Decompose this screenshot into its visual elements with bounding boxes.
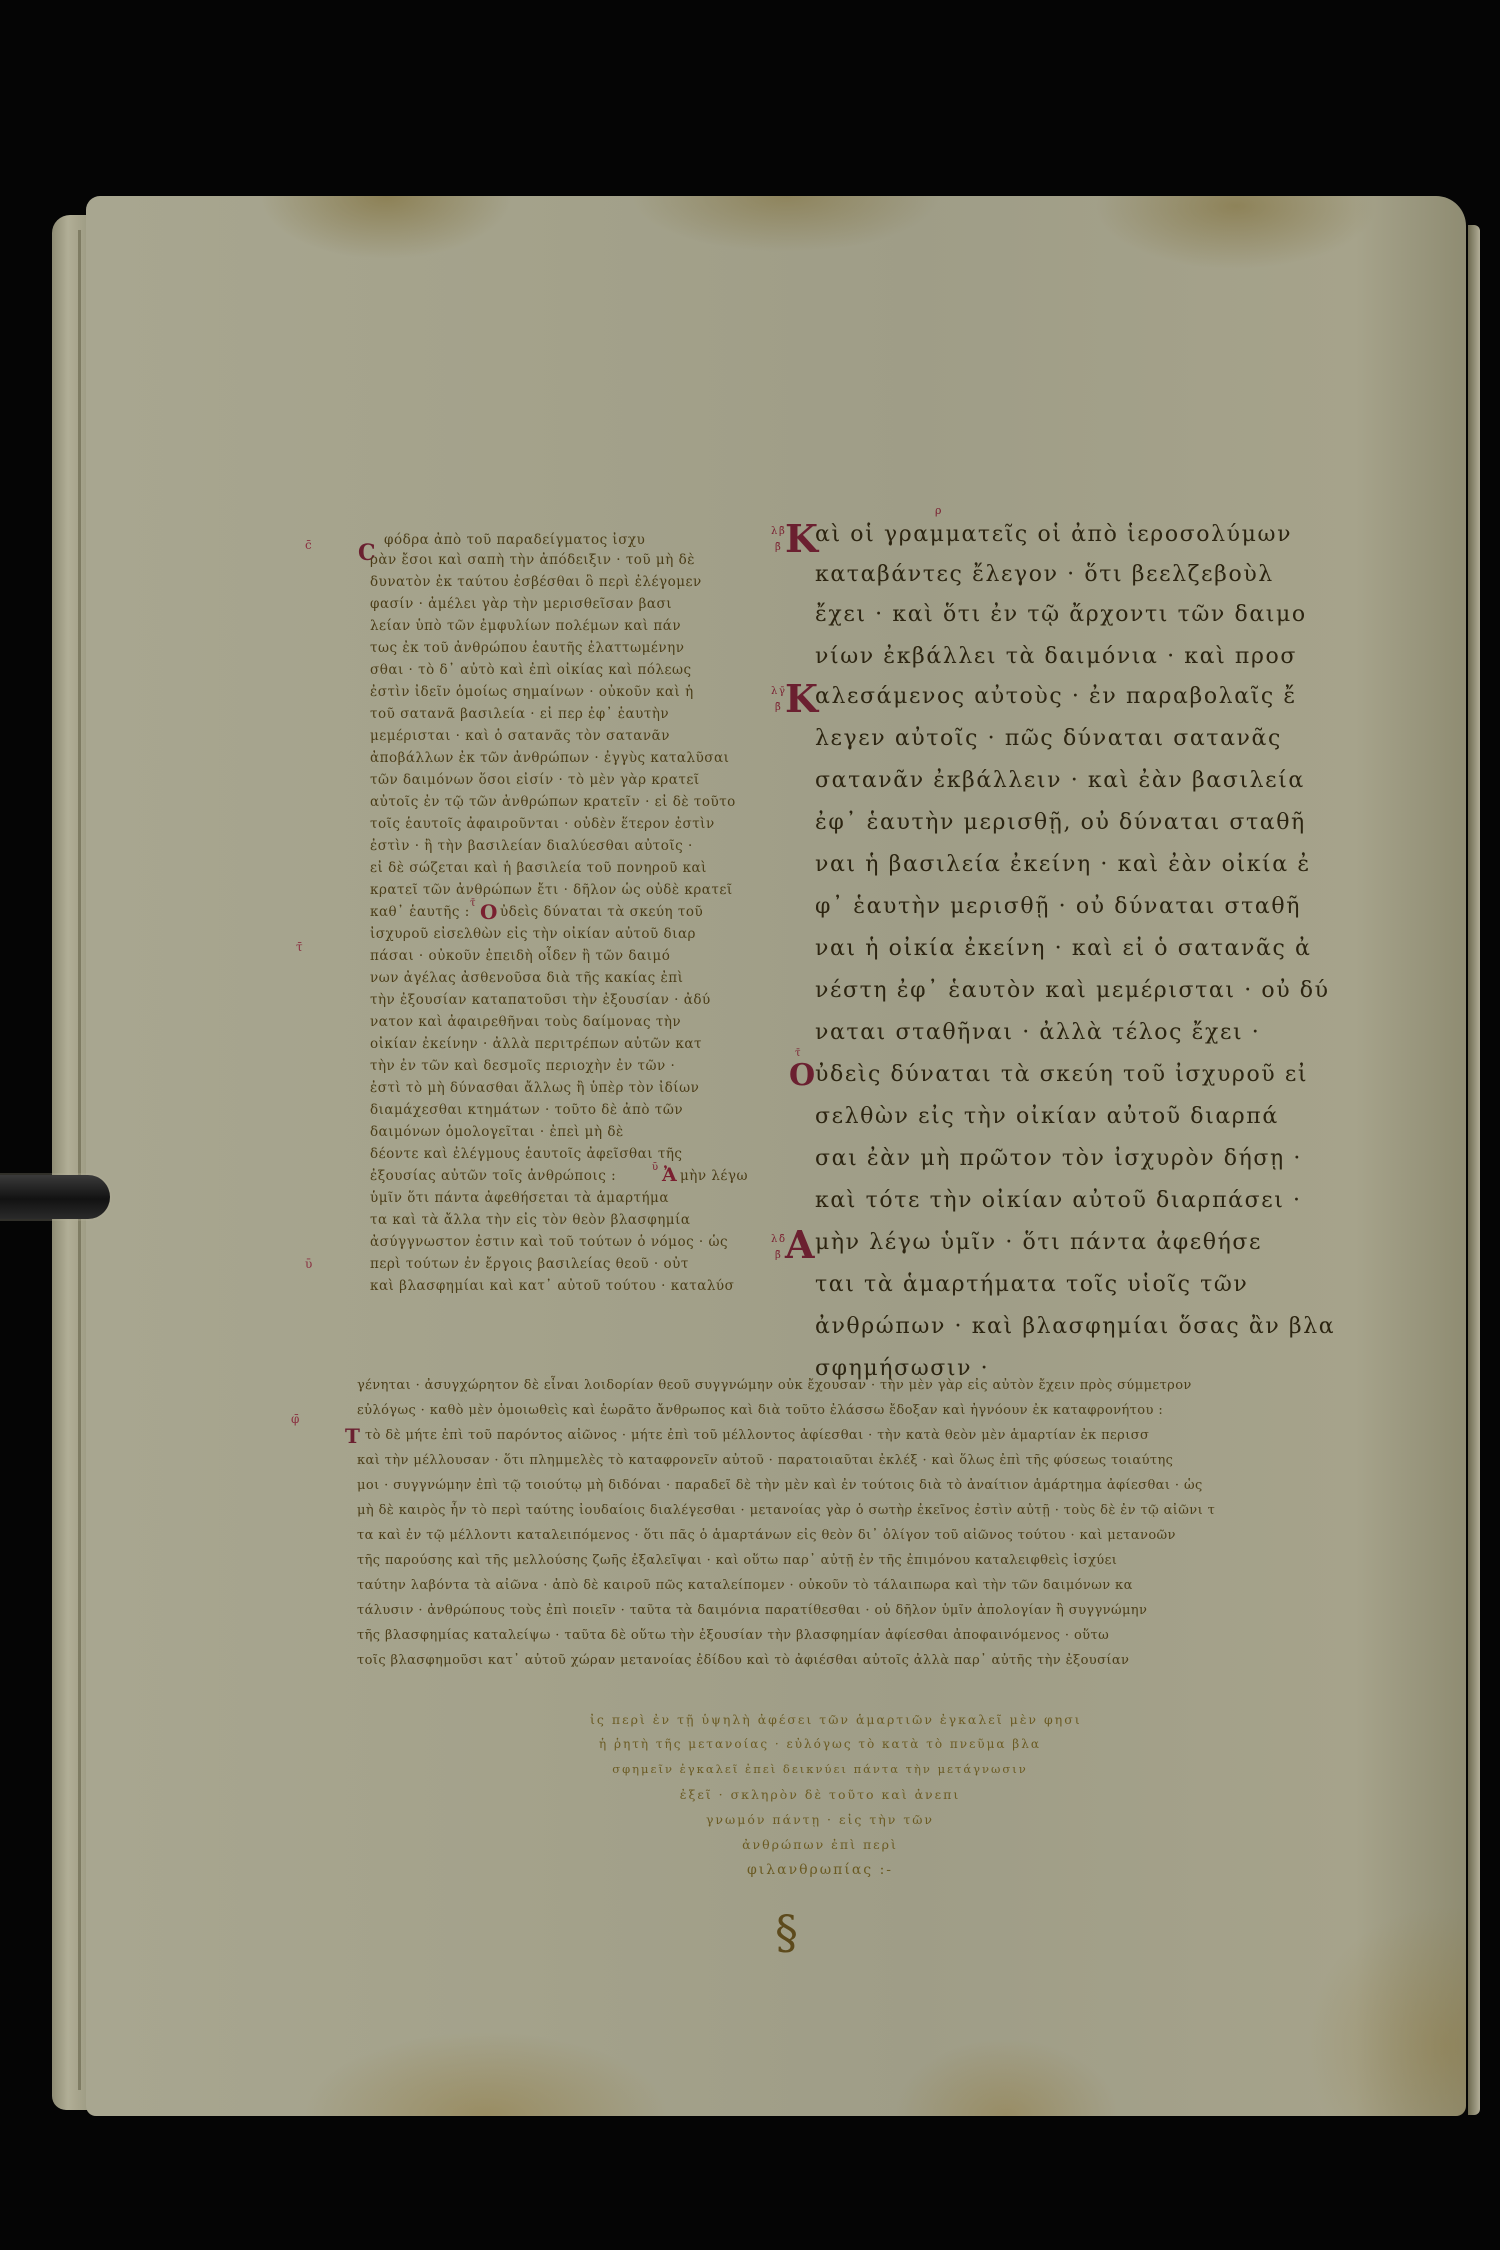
page-clip xyxy=(0,1175,110,1219)
text-line: καὶ τὴν μέλλουσαν · ὅτι πλημμελὲς τὸ κατ… xyxy=(357,1453,1173,1468)
text-line: ναται σταθῆναι · ἀλλὰ τέλος ἔχει · xyxy=(815,1020,1260,1045)
text-line: περὶ τούτων ἐν ἔργοις βασιλείας θεοῦ · ο… xyxy=(370,1256,689,1272)
text-line: νατον καὶ ἀφαιρεθῆναι τοὺς δαίμονας τὴν xyxy=(370,1014,681,1030)
colophon-line: φιλανθρωπίας :- xyxy=(590,1862,1050,1878)
text-line: τὸ δὲ μήτε ἐπὶ τοῦ παρόντος αἰῶνος · μήτ… xyxy=(365,1428,1149,1443)
colophon-line: ἰς περὶ ἐν τῇ ὑψηλὴ ἀφέσει τῶν ἁμαρτιῶν … xyxy=(590,1712,1050,1727)
text-line: ἐφ᾽ ἑαυτὴν μερισθῇ, οὐ δύναται σταθῆ xyxy=(815,810,1306,835)
colophon-line: ἡ ῥητὴ τῆς μετανοίας · εὐλόγως τὸ κατὰ τ… xyxy=(590,1737,1050,1751)
text-line: τοῖς βλασφημοῦσι κατ᾽ αὐτοῦ χώραν μετανο… xyxy=(357,1653,1129,1668)
text-line: ται τὰ ἁμαρτήματα τοῖς υἱοῖς τῶν xyxy=(815,1272,1248,1297)
margin-mark-1: c̄ xyxy=(305,538,312,552)
text-line: κρατεῖ τῶν ἀνθρώπων ἔτι · δῆλον ὡς οὐδὲ … xyxy=(370,882,733,898)
margin-mark-2: τ̄ xyxy=(296,940,303,954)
section-sub: β̄ xyxy=(775,702,782,713)
text-line: τῆς βλασφημίας καταλείψω · ταῦτα δὲ οὕτω… xyxy=(357,1628,1109,1643)
text-line: ταύτην λαβόντα τὰ αἰῶνα · ἀπὸ δὲ καιροῦ … xyxy=(357,1578,1133,1593)
text-line: καὶ τότε τὴν οἰκίαν αὐτοῦ διαρπάσει · xyxy=(815,1188,1302,1213)
text-line: ἔχει · καὶ ὅτι ἐν τῷ ἄρχοντι τῶν δαιμο xyxy=(815,602,1307,627)
text-line: μεμέρισται · καὶ ὁ σατανᾶς τὸν σατανᾶν xyxy=(370,728,670,744)
text-line: ὐδεὶς δύναται τὰ σκεύη τοῦ ἰσχυροῦ εἰ xyxy=(815,1062,1308,1087)
text-line: νίων ἐκβάλλει τὰ δαιμόνια · καὶ προσ xyxy=(815,644,1297,669)
text-line: τῆς παρούσης καὶ τῆς μελλούσης ζωῆς ἐξαλ… xyxy=(357,1553,1117,1568)
rubric-initial: Ο xyxy=(480,900,498,924)
section-initial: O xyxy=(789,1058,817,1093)
text-line: ναι ἡ βασιλεία ἐκείνη · καὶ ἐὰν οἰκία ἐ xyxy=(815,852,1311,877)
rubric-initial: Ἀ xyxy=(662,1164,677,1186)
text-line: ρὰν ἔσοι καὶ σαπὴ τὴν ἀπόδειξιν · τοῦ μὴ… xyxy=(370,552,695,568)
text-line: μὴν λέγω xyxy=(680,1168,748,1184)
text-line: σελθὼν εἰς τὴν οἰκίαν αὐτοῦ διαρπά xyxy=(815,1104,1279,1129)
text-line: ἐστὶν · ἢ τὴν βασιλείαν διαλύεσθαι αὐτοῖ… xyxy=(370,838,693,854)
text-line: σατανᾶν ἐκβάλλειν · καὶ ἐὰν βασιλεία xyxy=(815,768,1305,793)
text-line: ἐστὶ τὸ μὴ δύνασθαι ἄλλως ἢ ὑπὲρ τὸν ἰδί… xyxy=(370,1080,699,1096)
text-line: μοι · συγγνώμην ἐπὶ τῷ τοιούτῳ μὴ διδόνα… xyxy=(357,1478,1203,1493)
text-line: ὐδεὶς δύναται τὰ σκεύη τοῦ xyxy=(500,904,703,920)
commentary-initial: T xyxy=(345,1424,360,1448)
text-line: σθαι · τὸ δ᾽ αὐτὸ καὶ ἐπὶ οἰκίας καὶ πόλ… xyxy=(370,662,692,678)
text-line: δυνατὸν ἐκ ταύτου ἐσβέσθαι ὃ περὶ ἐλέγομ… xyxy=(370,574,702,590)
rubric-number: τ̄ xyxy=(470,898,476,909)
text-line: τῶν δαιμόνων ὅσοι εἰσίν · τὸ μὲν γὰρ κρα… xyxy=(370,772,700,788)
text-line: καθ᾽ ἑαυτῆς : xyxy=(370,904,470,920)
text-line: τοῖς ἑαυτοῖς ἀφαιροῦνται · οὐδὲν ἕτερον … xyxy=(370,816,715,832)
text-line: διαμάχεσθαι κτημάτων · τοῦτο δὲ ἀπὸ τῶν xyxy=(370,1102,683,1118)
text-line: δέοντε καὶ ἐλέγμους ἑαυτοῖς ἀφεῖσθαι τῆς xyxy=(370,1146,683,1162)
text-line: νέστη ἐφ᾽ ἑαυτὸν καὶ μεμέρισται · οὐ δύ xyxy=(815,978,1330,1003)
text-line: πάσαι · οὐκοῦν ἐπειδὴ οἶδεν ἢ τῶν δαιμό xyxy=(370,948,670,964)
rubric-number: ῡ xyxy=(652,1162,659,1173)
page-edge-right xyxy=(1468,225,1480,2115)
text-line: ἀποβάλλων ἐκ τῶν ἀνθρώπων · ἐγγὺς καταλῦ… xyxy=(370,750,729,766)
colophon-line: ἀνθρώπων ἐπὶ περὶ xyxy=(590,1837,1050,1852)
text-line: καταβάντες ἔλεγον · ὅτι βεελζεβοὺλ xyxy=(815,562,1274,587)
colophon-line: σφημεῖν ἐγκαλεῖ ἐπεὶ δεικνύει πάντα τὴν … xyxy=(590,1762,1050,1776)
section-sub: β̄ xyxy=(775,542,782,553)
text-line: λείαν ὑπὸ τῶν ἐμφυλίων πολέμων καὶ πάν xyxy=(370,618,681,634)
colophon-line: γνωμόν πάντῃ · εἰς τὴν τῶν xyxy=(590,1812,1050,1827)
text-line: ναι ἡ οἰκία ἐκείνη · καὶ εἰ ὁ σατανᾶς ἀ xyxy=(815,936,1311,961)
text-line: γένηται · ἀσυγχώρητον δὲ εἶναι λοιδορίαν… xyxy=(357,1378,1192,1393)
text-line: εἰ δὲ σώζεται καὶ ἡ βασιλεία τοῦ πονηροῦ… xyxy=(370,860,707,876)
text-line: μὴν λέγω ὑμῖν · ὅτι πάντα ἀφεθήσε xyxy=(815,1230,1262,1255)
text-line: τα καὶ ἐν τῷ μέλλοντι καταλειπόμενος · ὅ… xyxy=(357,1528,1176,1543)
text-line: καὶ βλασφημίαι καὶ κατ᾽ αὐτοῦ τούτου · κ… xyxy=(370,1278,734,1294)
text-line: δαιμόνων ὁμολογεῖται · ἐπεὶ μὴ δὲ xyxy=(370,1124,624,1140)
text-line: τως ἐκ τοῦ ἀνθρώπου ἑαυτῆς ἐλαττωμένην xyxy=(370,640,684,656)
text-line: εὐλόγως · καθὸ μὲν ὁμοιωθεὶς καὶ ἑωρᾶτο … xyxy=(357,1403,1163,1418)
text-line: τα καὶ τὰ ἄλλα τὴν εἰς τὸν θεὸν βλασφημί… xyxy=(370,1212,690,1228)
text-line: ἀσύγγνωστον ἐστιν καὶ τοῦ τούτων ὁ νόμος… xyxy=(370,1234,728,1250)
text-line: τὴν ἐν τῶν καὶ δεσμοῖς περιοχὴν ἐν τῶν · xyxy=(370,1058,675,1074)
under-leaf-edge xyxy=(78,230,81,2090)
text-line: ὑμῖν ὅτι πάντα ἀφεθήσεται τὰ ἁμαρτήμα xyxy=(370,1190,669,1206)
text-line: φασίν · ἀμέλει γὰρ τὴν μερισθεῖσαν βασι xyxy=(370,596,672,612)
text-line: ἐξουσίας αὐτῶν τοῖς ἀνθρώποις : xyxy=(370,1168,616,1184)
text-line: ἐστὶν ἰδεῖν ὁμοίως σημαίνων · οὐκοῦν καὶ… xyxy=(370,684,694,700)
text-line: αὐτοῖς ἐν τῷ τῶν ἀνθρώπων κρατεῖν · εἰ δ… xyxy=(370,794,736,810)
margin-mark-4: φ̄ xyxy=(291,1412,299,1426)
text-line: σαι ἐὰν μὴ πρῶτον τὸν ἰσχυρὸν δήσῃ · xyxy=(815,1146,1302,1171)
text-line: φόδρα ἀπὸ τοῦ παραδείγματος ἰσχυ xyxy=(384,532,645,548)
text-line: αλεσάμενος αὐτοὺς · ἐν παραβολαῖς ἔ xyxy=(815,684,1297,709)
text-line: αὶ οἱ γραμματεῖς οἱ ἀπὸ ἱεροσολύμων xyxy=(815,522,1292,547)
text-line: τοῦ σατανᾶ βασιλεία · εἰ περ ἐφ᾽ ἑαυτὴν xyxy=(370,706,669,722)
text-line: τὴν ἐξουσίαν καταπατοῦσι τὴν ἐξουσίαν · … xyxy=(370,992,711,1008)
colophon-line: ἐξεῖ · σκληρὸν δὲ τοῦτο καὶ ἀνεπι xyxy=(590,1787,1050,1802)
text-line: ἀνθρώπων · καὶ βλασφημίαι ὅσας ἂν βλα xyxy=(815,1314,1335,1339)
text-line: ἰσχυροῦ εἰσελθὼν εἰς τὴν οἰκίαν αὐτοῦ δι… xyxy=(370,926,696,942)
text-line: νων ἀγέλας ἀσθενοῦσα διὰ τῆς κακίας ἐπὶ xyxy=(370,970,683,986)
text-line: λεγεν αὐτοῖς · πῶς δύναται σατανᾶς xyxy=(815,726,1282,751)
section-sub: β̄ xyxy=(775,1250,782,1261)
end-ornament-icon: § xyxy=(775,1905,798,1959)
margin-mark-3: ῡ xyxy=(305,1257,312,1271)
top-mark: ρ xyxy=(935,504,943,517)
text-line: μὴ δὲ καιρὸς ἦν τὸ περὶ ταύτης ἰουδαίοις… xyxy=(357,1503,1215,1518)
text-line: φ᾽ ἑαυτὴν μερισθῇ · οὐ δύναται σταθῆ xyxy=(815,894,1301,919)
text-line: οἰκίαν ἐκείνην · ἀλλὰ περιτρέπων αὐτῶν κ… xyxy=(370,1036,702,1052)
section-initial: A xyxy=(785,1222,816,1267)
text-line: τάλυσιν · ἀνθρώπους τοὺς ἐπὶ ποιεῖν · τα… xyxy=(357,1603,1147,1618)
